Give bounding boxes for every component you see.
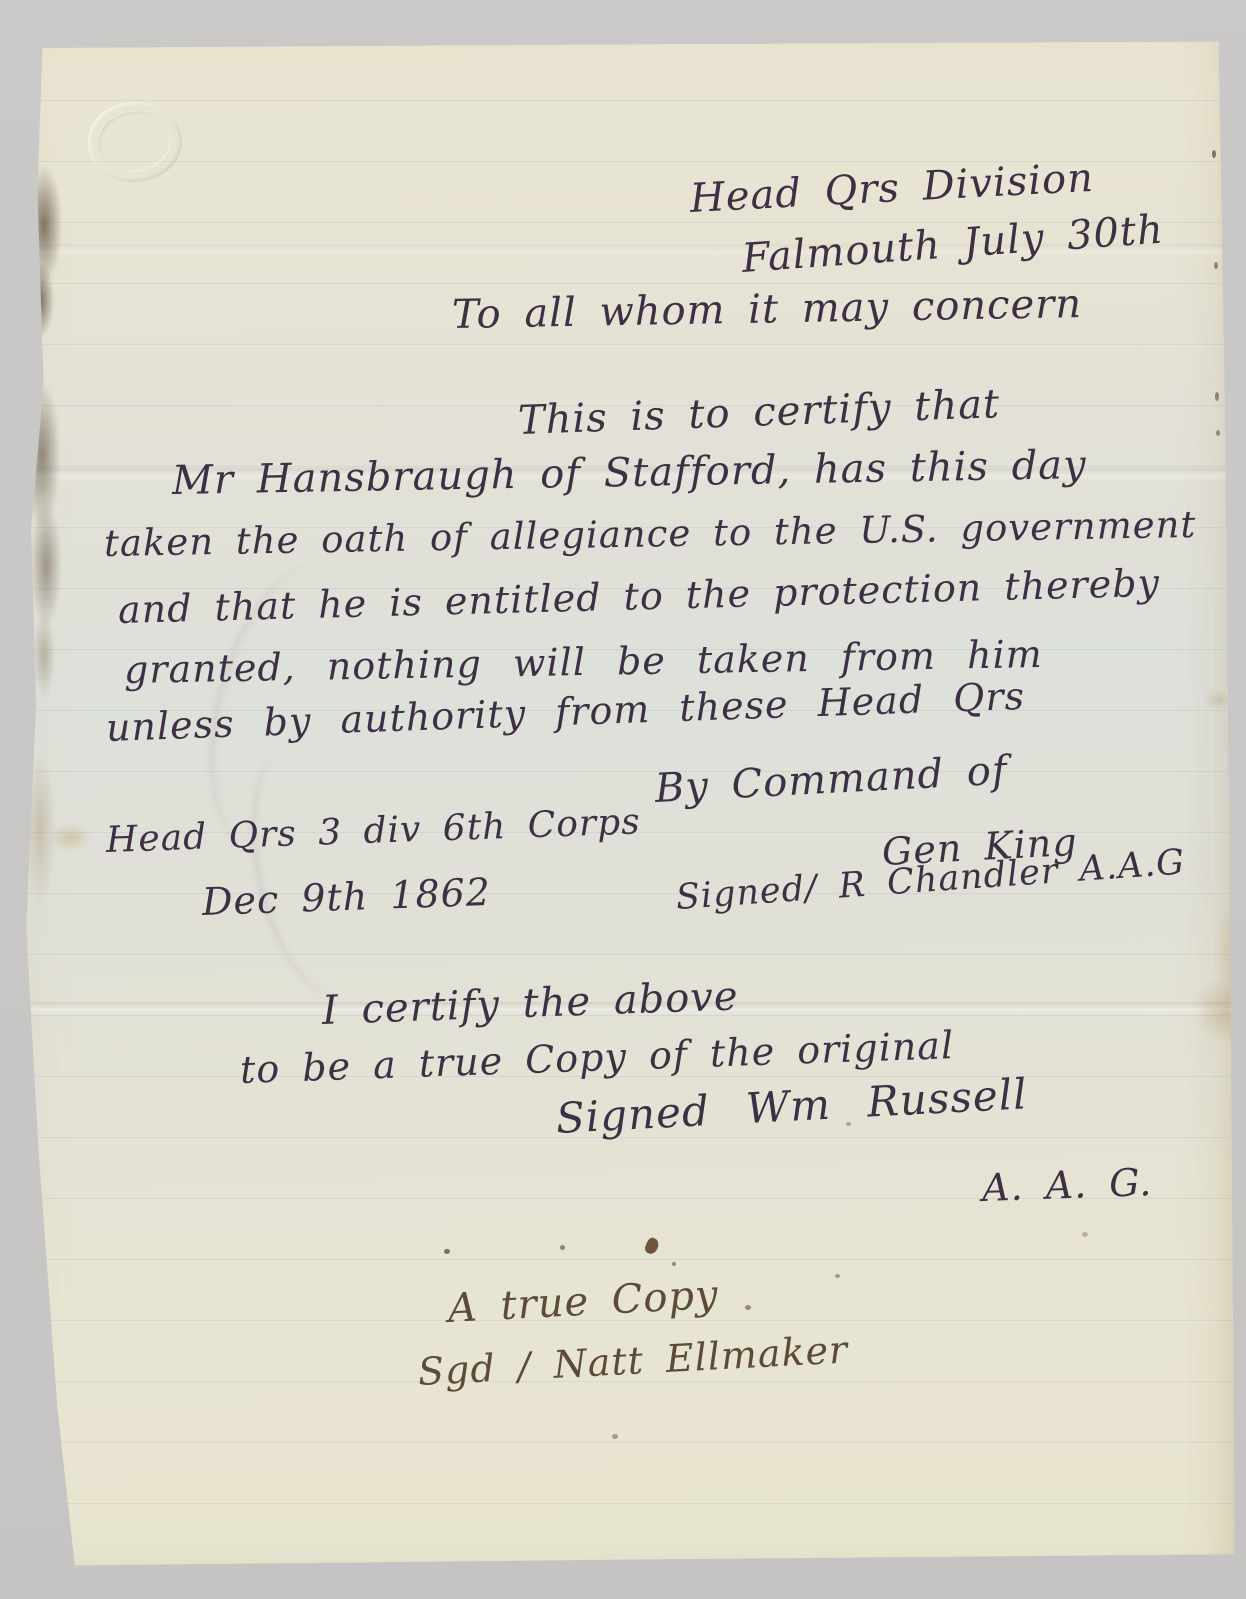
handwriting-heading-2: Falmouth July 30th <box>740 207 1165 282</box>
ink-speck <box>560 1245 565 1250</box>
edge-speck <box>1216 430 1220 436</box>
ink-speck <box>835 1274 840 1278</box>
handwriting-body-2: Mr Hansbraugh of Stafford, has this day <box>172 442 1087 504</box>
edge-speck <box>1215 392 1219 401</box>
photo-background: Head Qrs Division Falmouth July 30th To … <box>0 0 1246 1599</box>
handwriting-certify-1: I certify the above <box>321 973 739 1034</box>
ruled-lines <box>0 40 1246 1560</box>
ink-speck <box>612 1434 618 1439</box>
handwriting-salutation: To all whom it may concern <box>452 281 1083 338</box>
handwriting-date: Dec 9th 1862 <box>201 870 491 924</box>
document-paper: Head Qrs Division Falmouth July 30th To … <box>0 0 1246 1599</box>
edge-speck <box>1212 150 1216 158</box>
handwriting-signed-russell: Signed Wm Russell <box>555 1069 1029 1143</box>
ink-speck <box>1082 1232 1088 1237</box>
handwriting-body-4: and that he is entitled to the protectio… <box>117 561 1160 632</box>
ink-speck <box>643 1236 661 1256</box>
right-edge-soiling <box>1156 0 1246 1599</box>
handwriting-heading-1: Head Qrs Division <box>689 155 1095 222</box>
ink-speck <box>672 1262 676 1266</box>
handwriting-body-3: taken the oath of allegiance to the U.S.… <box>104 503 1197 565</box>
edge-speck <box>1214 262 1218 269</box>
handwriting-signed-ellmaker: Sgd / Natt Ellmaker <box>417 1327 849 1393</box>
left-edge-soiling <box>18 0 98 1599</box>
handwriting-aag: A. A. G. <box>981 1160 1153 1210</box>
embossed-seal-icon <box>84 97 186 186</box>
ink-speck <box>745 1305 751 1310</box>
ink-speck <box>444 1249 450 1254</box>
handwriting-true-copy: A true Copy <box>447 1272 720 1332</box>
handwriting-by-command: By Command of <box>654 748 1009 812</box>
handwriting-body-1: This is to certify that <box>517 381 1001 444</box>
